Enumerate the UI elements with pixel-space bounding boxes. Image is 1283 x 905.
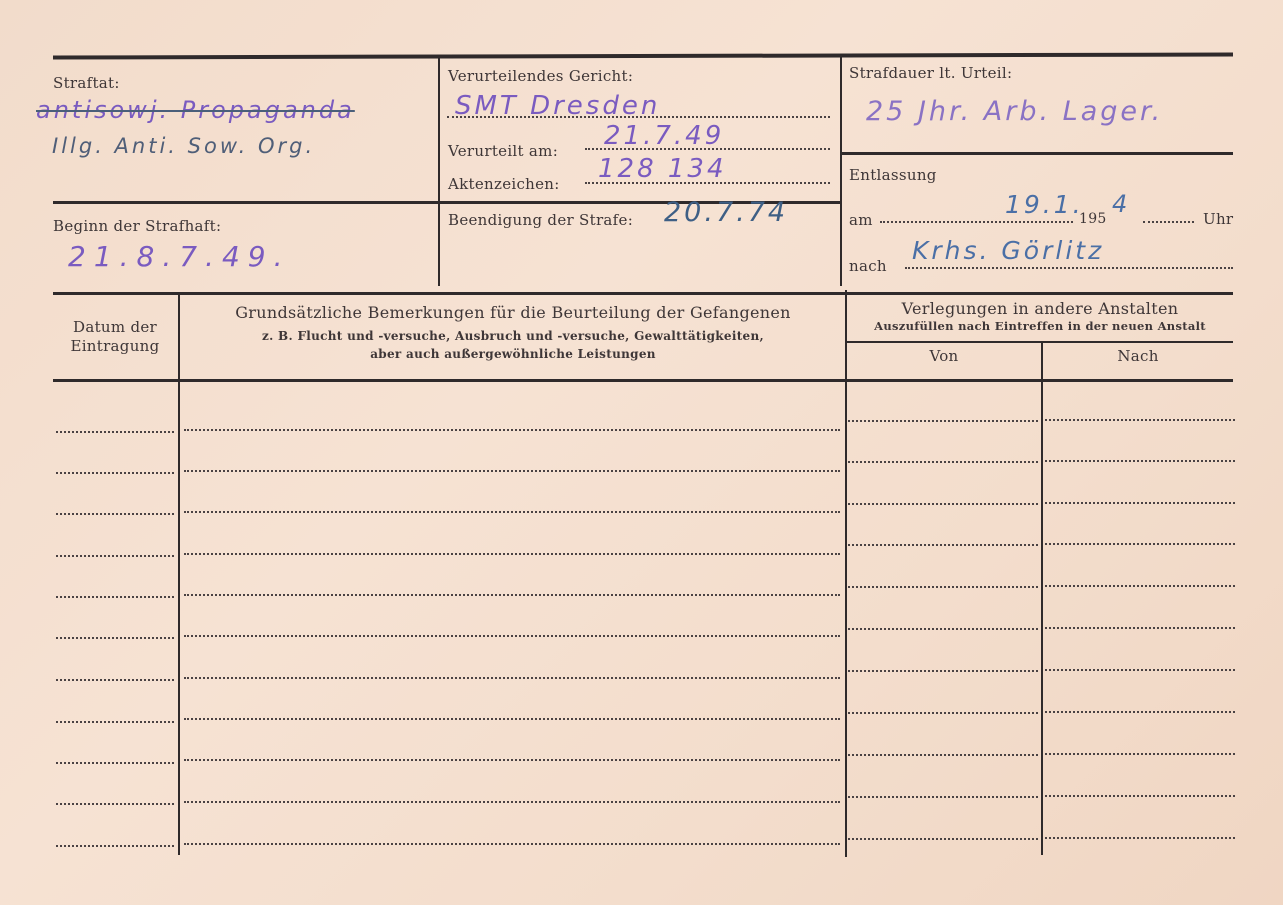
divider-v1 [438,58,440,286]
table-top-border [53,292,1233,295]
divider-v2 [840,56,842,286]
entlassung-uhr-label: Uhr [1203,210,1233,228]
entlassung-time-line [1143,221,1194,223]
straftat-label: Straftat: [53,74,120,92]
verurteilt-am-label: Verurteilt am: [448,142,558,160]
col-date-line1: Datum der [73,318,157,336]
beendigung-value: 20.7.74 [664,197,788,228]
aktenzeichen-line [585,182,830,184]
col-from-header: Von [847,347,1041,365]
gericht-line [447,116,830,118]
aktenzeichen-value: 128 134 [598,154,727,184]
col-date-header: Datum der Eintragung [55,318,175,356]
straftat-value: Illg. Anti. Sow. Org. [52,134,315,158]
table-col3-divider [1041,343,1043,855]
beginn-label: Beginn der Strafhaft: [53,217,221,235]
col-remarks-sub1: z. B. Flucht und -versuche, Ausbruch und… [182,329,844,343]
entlassung-date-line [880,221,1073,223]
entlassung-label: Entlassung [849,166,937,184]
verurteilt-am-value: 21.7.49 [604,121,724,151]
col-to-header: Nach [1043,347,1233,365]
entlassung-am-label: am [849,211,873,229]
entlassung-nach-line [905,267,1233,269]
transfer-sub-divider [847,341,1233,343]
table-col2-divider [845,290,847,857]
entlassung-nach-value: Krhs. Görlitz [912,236,1104,265]
entlassung-date-value: 19.1. [1005,190,1084,219]
col-date-line2: Eintragung [70,337,159,355]
gericht-label: Verurteilendes Gericht: [448,67,633,85]
col-remarks-sub2: aber auch außergewöhnliche Leistungen [182,347,844,361]
aktenzeichen-label: Aktenzeichen: [448,175,560,193]
strafdauer-label: Strafdauer lt. Urteil: [849,64,1012,82]
verurteilt-am-line [585,148,830,150]
entlassung-nach-label: nach [849,257,887,275]
straftat-struck-value: antisowj. Propaganda [36,96,355,124]
entlassung-year-prefix: 195 [1079,211,1107,227]
col-transfer-title: Verlegungen in andere Anstalten [847,299,1233,318]
beginn-value: 21.8.7.49. [68,240,291,273]
table-header-bottom-border [53,379,1233,382]
entlassung-year-suffix: 4 [1112,190,1130,218]
divider-h-right [842,152,1233,155]
col-remarks-title: Grundsätzliche Bemerkungen für die Beurt… [182,303,844,322]
strafdauer-value: 25 Jhr. Arb. Lager. [866,96,1163,127]
top-border [53,52,1233,59]
col-transfer-sub: Auszufüllen nach Eintreffen in der neuen… [847,319,1233,333]
beendigung-label: Beendigung der Strafe: [448,211,633,229]
